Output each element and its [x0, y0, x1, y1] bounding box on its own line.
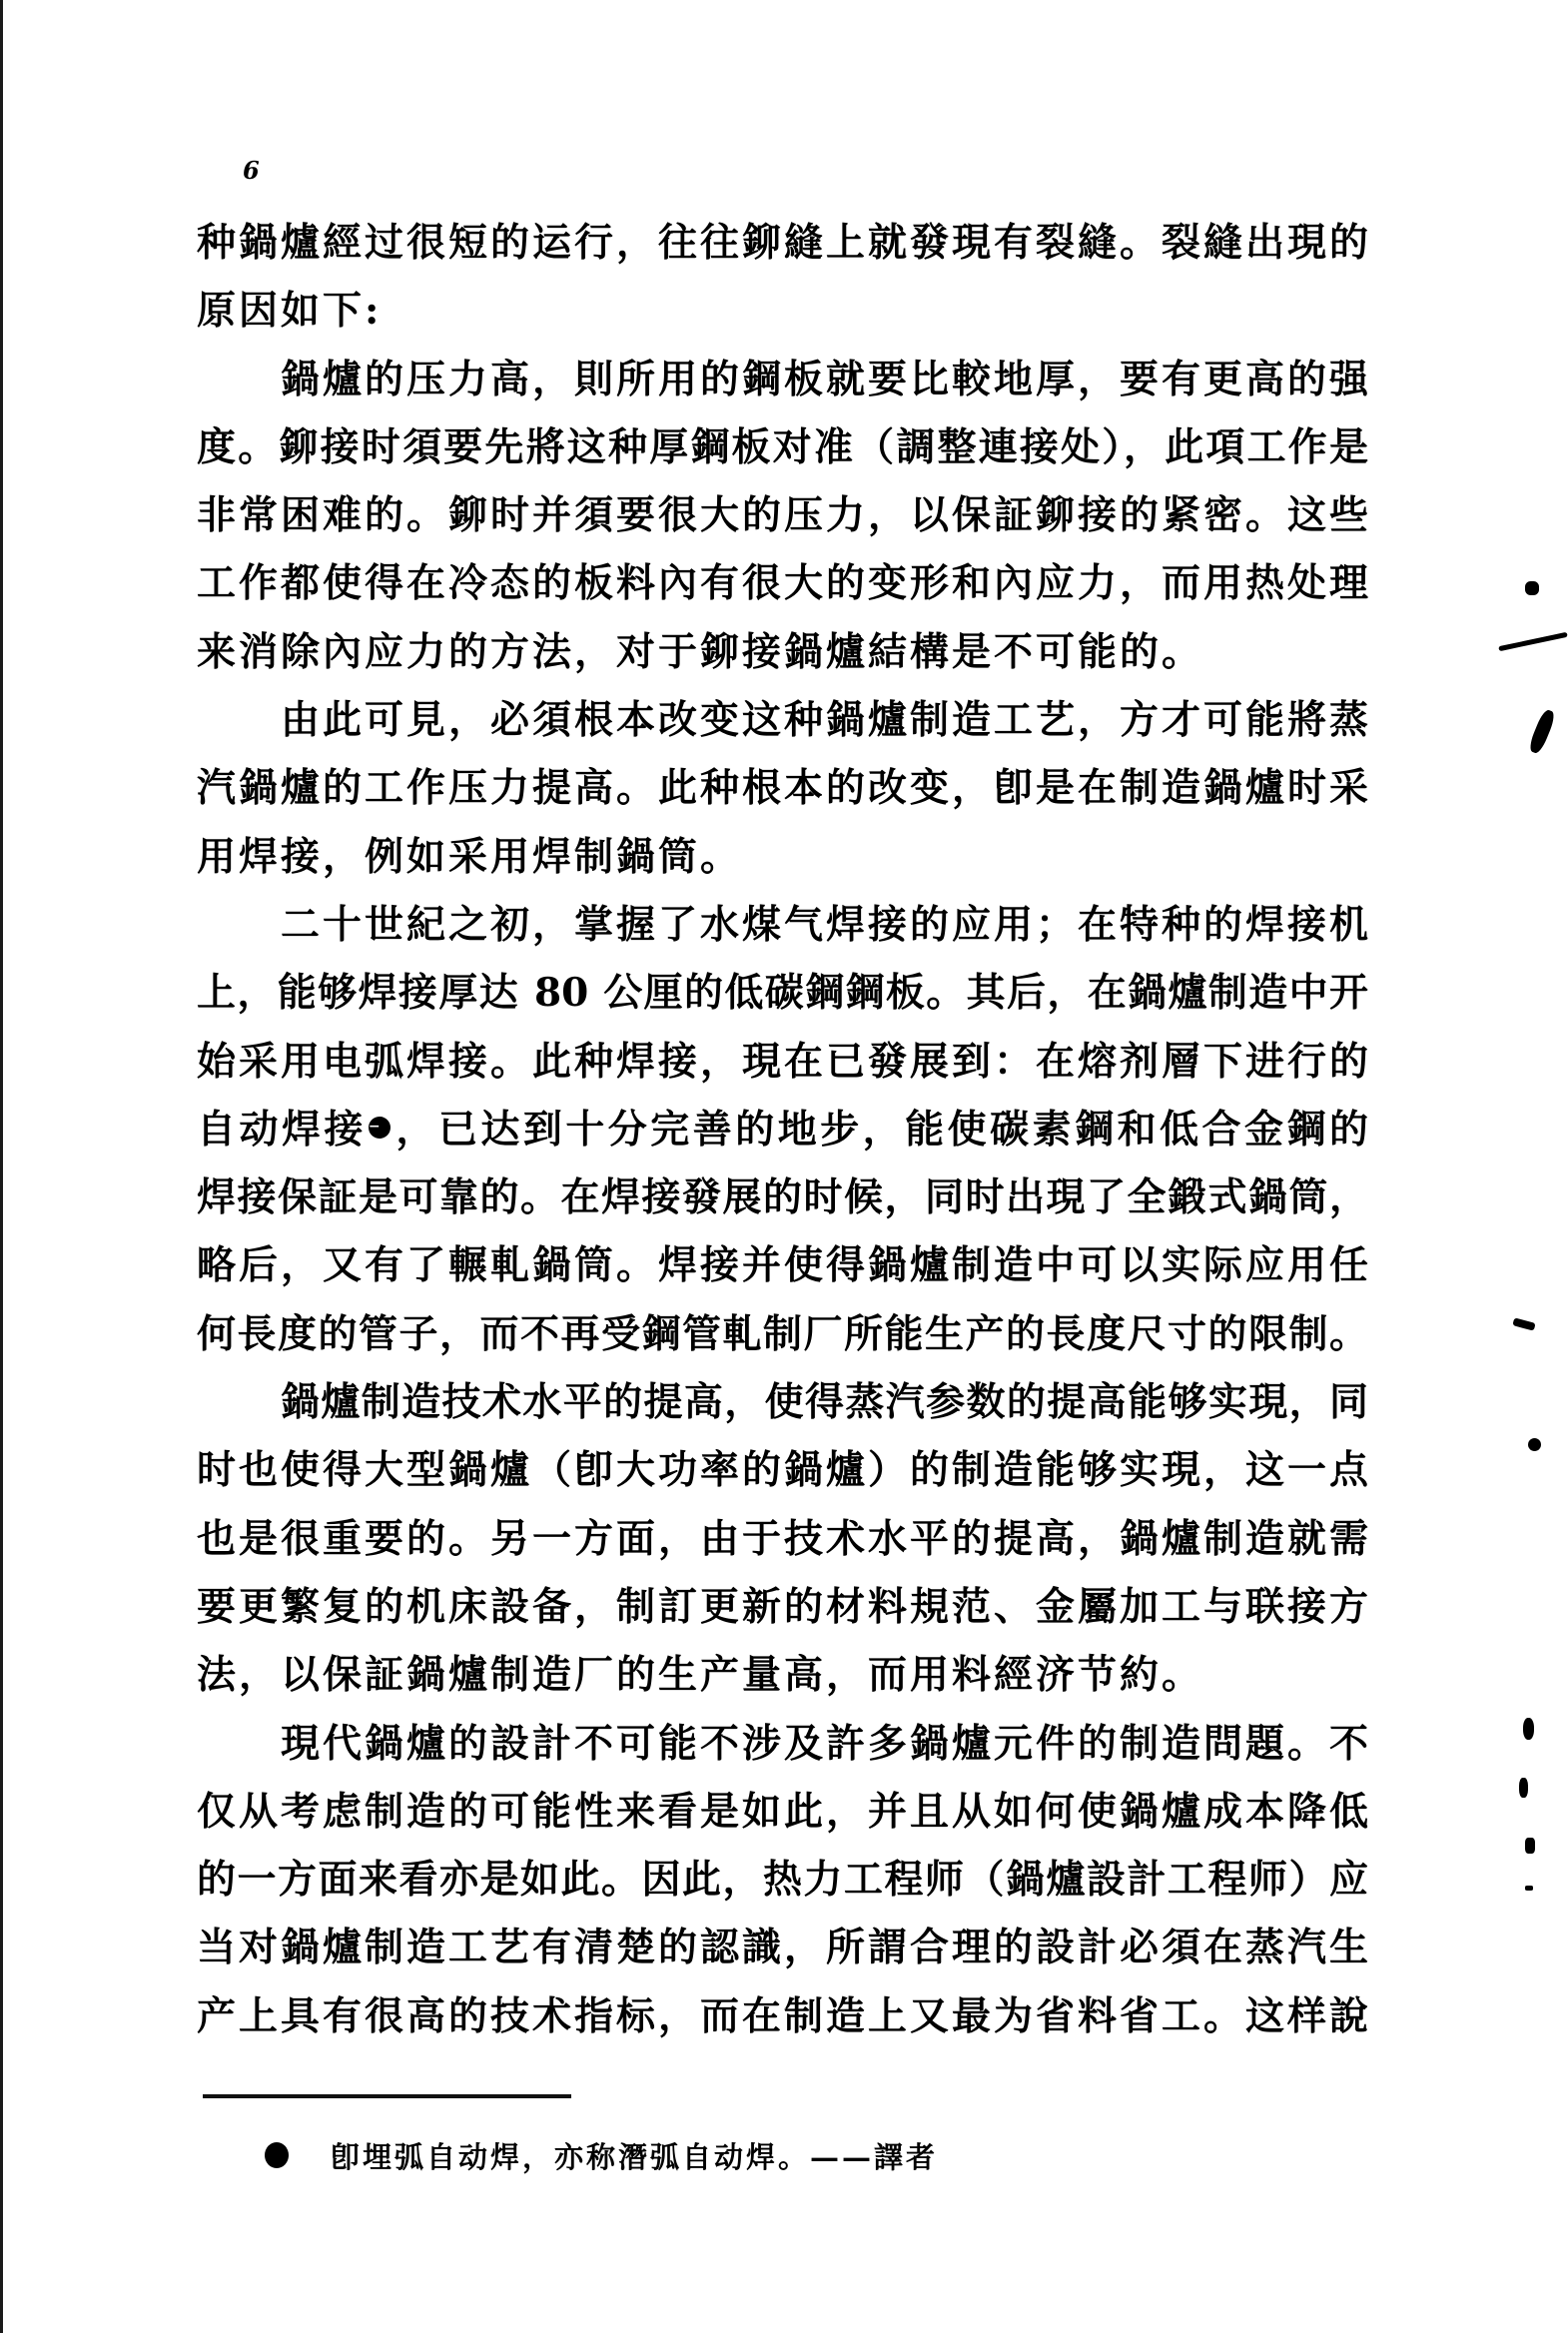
footnote-divider	[203, 2094, 571, 2098]
text-line: 来消除內应力的方法，对于鉚接鍋爐結構是不可能的。	[197, 618, 1368, 686]
scan-speck	[1527, 708, 1557, 755]
scan-speck	[1525, 1838, 1535, 1854]
paragraph-start-line: 現代鍋爐的設計不可能不涉及許多鍋爐元件的制造問題。不	[197, 1710, 1368, 1778]
paragraph-start-line: 二十世紀之初，掌握了水煤气焊接的应用；在特种的焊接机	[197, 891, 1368, 959]
text-line: 仅从考虑制造的可能性来看是如此，并且从如何使鍋爐成本降低	[197, 1778, 1368, 1846]
text-segment: ，已达到十分完善的地步，能使碳素鋼和低合金鋼的	[392, 1107, 1368, 1153]
text-line: 非常困难的。鉚时并須要很大的压力，以保証鉚接的紧密。这些	[197, 481, 1368, 549]
text-line: 焊接保証是可靠的。在焊接發展的时候，同时出現了全鍛式鍋筒，	[197, 1164, 1368, 1231]
text-line-with-footnote-ref: 自动焊接−，已达到十分完善的地步，能使碳素鋼和低合金鋼的	[197, 1096, 1368, 1164]
text-line: 当对鍋爐制造工艺有清楚的認識，所謂合理的設計必須在蒸汽生	[197, 1914, 1368, 1981]
scan-speck	[1525, 581, 1539, 595]
scan-speck	[1525, 1886, 1533, 1891]
paragraph-start-line: 鍋爐制造技术水平的提高，使得蒸汽参数的提高能够实現，同	[197, 1368, 1368, 1436]
body-text: 种鍋爐經过很短的运行，往往鉚縫上就發現有裂縫。裂縫出現的 原因如下: 鍋爐的压力…	[197, 209, 1368, 2050]
footnote-reference-icon[interactable]: −	[369, 1117, 391, 1139]
page-number: 6	[243, 156, 260, 186]
text-line: 何長度的管子，而不再受鋼管軋制厂所能生产的長度尺寸的限制。	[197, 1300, 1368, 1368]
text-segment: 自动焊接	[197, 1107, 367, 1153]
text-line: 产上具有很高的技术指标，而在制造上又最为省料省工。这样說	[197, 1982, 1368, 2050]
scan-speck	[1498, 632, 1568, 651]
footnote-text: 卽埋弧自动焊，亦称潛弧自动焊。——譯者	[331, 2135, 938, 2176]
filled-circle-icon	[265, 2142, 289, 2168]
footnote: 卽埋弧自动焊，亦称潛弧自动焊。——譯者	[265, 2135, 938, 2175]
scan-speck	[1512, 1317, 1535, 1330]
text-line: 工作都使得在冷态的板料內有很大的变形和內应力，而用热处理	[197, 549, 1368, 617]
scan-speck	[1519, 1778, 1528, 1798]
text-line: 汽鍋爐的工作压力提高。此种根本的改变，卽是在制造鍋爐时采	[197, 754, 1368, 822]
text-line: 时也使得大型鍋爐（卽大功率的鍋爐）的制造能够实現，这一点	[197, 1436, 1368, 1504]
scan-left-edge-line	[0, 0, 3, 2333]
text-line: 原因如下:	[197, 277, 1368, 345]
text-line: 的一方面来看亦是如此。因此，热力工程师（鍋爐設計工程师）应	[197, 1846, 1368, 1914]
text-line: 要更繁复的机床設备，制訂更新的材料規范、金屬加工与联接方	[197, 1573, 1368, 1641]
paragraph-start-line: 由此可見，必須根本改变这种鍋爐制造工艺，方才可能將蒸	[197, 686, 1368, 754]
text-line: 用焊接，例如采用焊制鍋筒。	[197, 823, 1368, 891]
text-line: 法，以保証鍋爐制造厂的生产量高，而用料經济节約。	[197, 1641, 1368, 1709]
text-line: 略后，又有了輾軋鍋筒。焊接并使得鍋爐制造中可以实际应用任	[197, 1231, 1368, 1299]
text-line: 也是很重要的。另一方面，由于技术水平的提高，鍋爐制造就需	[197, 1505, 1368, 1573]
text-line: 度。鉚接时須要先將这种厚鋼板对准（調整連接处），此項工作是	[197, 413, 1368, 481]
scan-speck	[1523, 1718, 1534, 1740]
text-line: 上，能够焊接厚达 80 公厘的低碳鋼鋼板。其后，在鍋爐制造中开	[197, 959, 1368, 1027]
paragraph-start-line: 鍋爐的压力高，則所用的鋼板就要比較地厚，要有更高的强	[197, 346, 1368, 413]
text-line: 种鍋爐經过很短的运行，往往鉚縫上就發現有裂縫。裂縫出現的	[197, 209, 1368, 277]
text-line: 始采用电弧焊接。此种焊接，現在已發展到：在熔剂層下进行的	[197, 1028, 1368, 1096]
scan-speck	[1528, 1438, 1541, 1451]
